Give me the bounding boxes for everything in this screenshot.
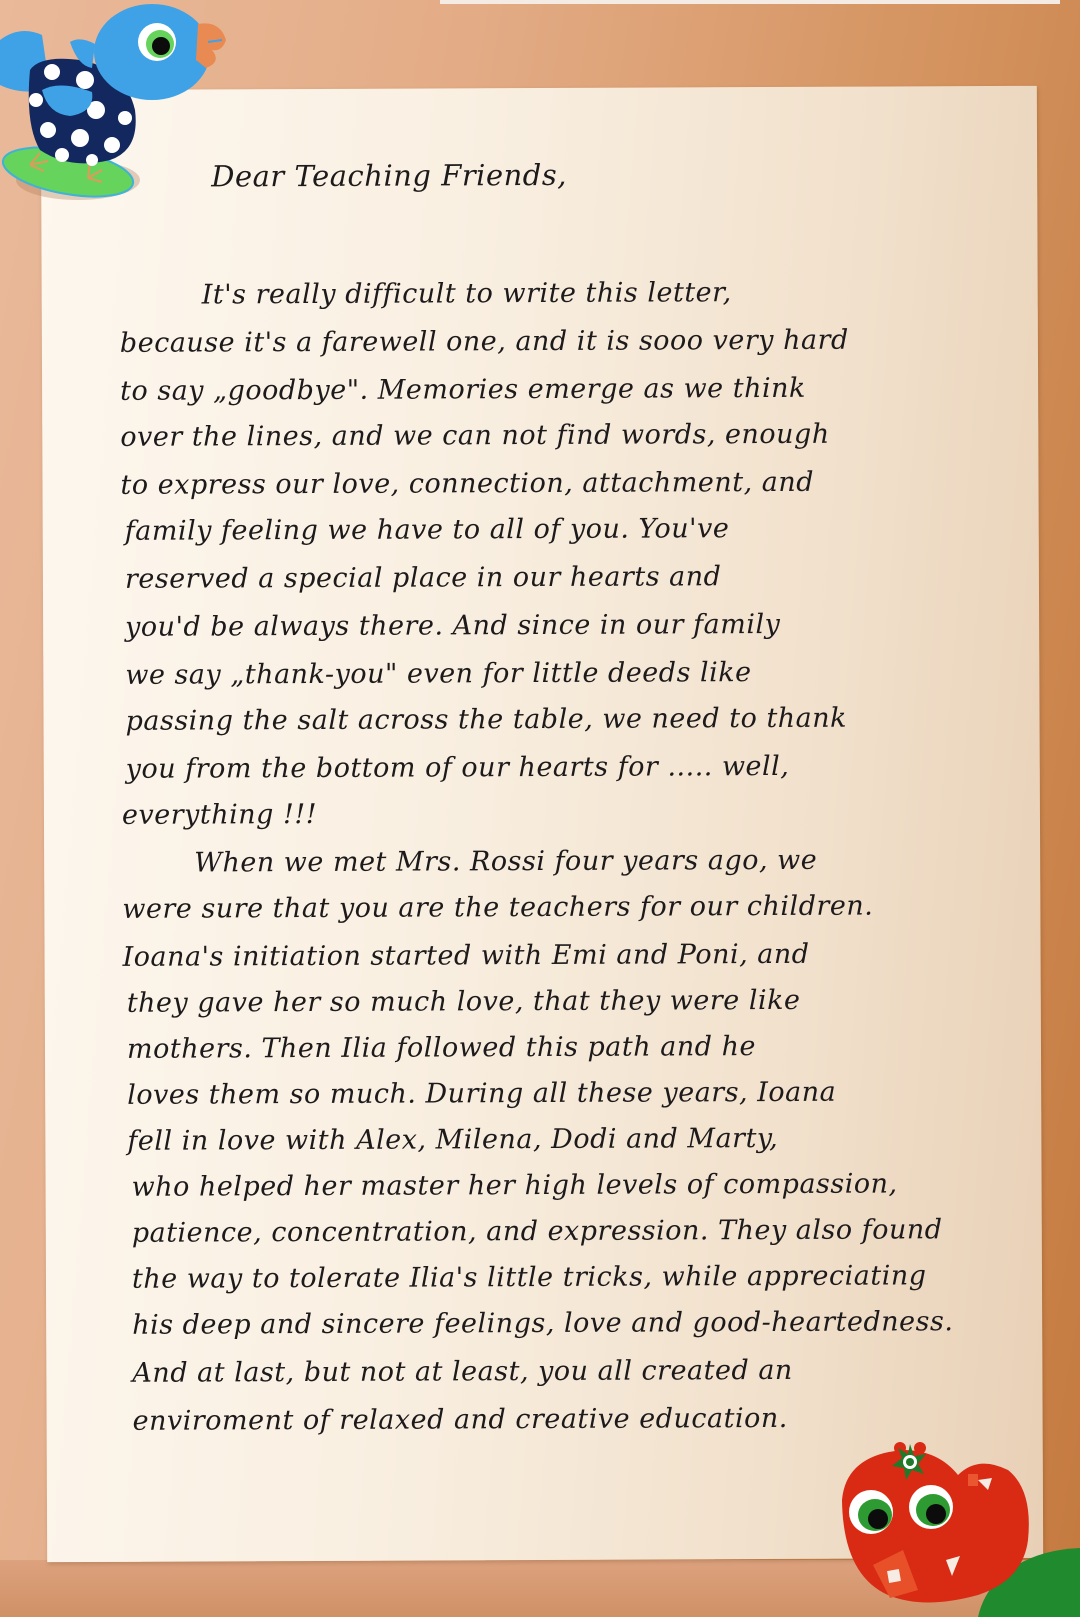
letter-line: reserved a special place in our hearts a… (125, 561, 722, 595)
letter-line: It's really difficult to write this lett… (202, 277, 732, 310)
letter-paper: Dear Teaching Friends, It's really diffi… (41, 86, 1043, 1562)
background-top-strip (440, 0, 1060, 4)
letter-line: And at last, but not at least, you all c… (132, 1355, 793, 1389)
letter-line: to say „goodbye". Memories emerge as we … (120, 373, 806, 407)
letter-greeting: Dear Teaching Friends, (211, 158, 567, 194)
letter-line: his deep and sincere feelings, love and … (132, 1306, 953, 1341)
letter-line: enviroment of relaxed and creative educa… (133, 1403, 788, 1437)
red-monster-magnet-icon (828, 1430, 1080, 1617)
letter-line: we say „thank-you" even for little deeds… (125, 657, 751, 691)
letter-line: mothers. Then Ilia followed this path an… (127, 1031, 756, 1065)
letter-line: patience, concentration, and expression.… (132, 1214, 943, 1249)
letter-line: everything !!! (122, 799, 317, 831)
letter-line: family feeling we have to all of you. Yo… (125, 513, 730, 547)
letter-line: you'd be always there. And since in our … (125, 609, 780, 643)
letter-line: were sure that you are the teachers for … (122, 891, 873, 925)
letter-line: because it's a farewell one, and it is s… (120, 325, 849, 359)
letter-line: who helped her master her high levels of… (132, 1168, 898, 1202)
letter-line: fell in love with Alex, Milena, Dodi and… (127, 1123, 778, 1157)
letter-line: over the lines, and we can not find word… (120, 419, 830, 453)
blue-bird-magnet-icon (0, 0, 230, 215)
letter-line: When we met Mrs. Rossi four years ago, w… (194, 845, 817, 879)
letter-line: to express our love, connection, attachm… (120, 467, 814, 501)
letter-line: Ioana's initiation started with Emi and … (123, 939, 810, 973)
letter-line: you from the bottom of our hearts for ..… (126, 751, 790, 785)
letter-line: loves them so much. During all these yea… (127, 1077, 836, 1111)
letter-line: passing the salt across the table, we ne… (125, 703, 847, 737)
letter-line: the way to tolerate Ilia's little tricks… (132, 1260, 927, 1294)
handwritten-letter: Dear Teaching Friends, It's really diffi… (119, 156, 999, 160)
letter-line: they gave her so much love, that they we… (127, 985, 801, 1019)
